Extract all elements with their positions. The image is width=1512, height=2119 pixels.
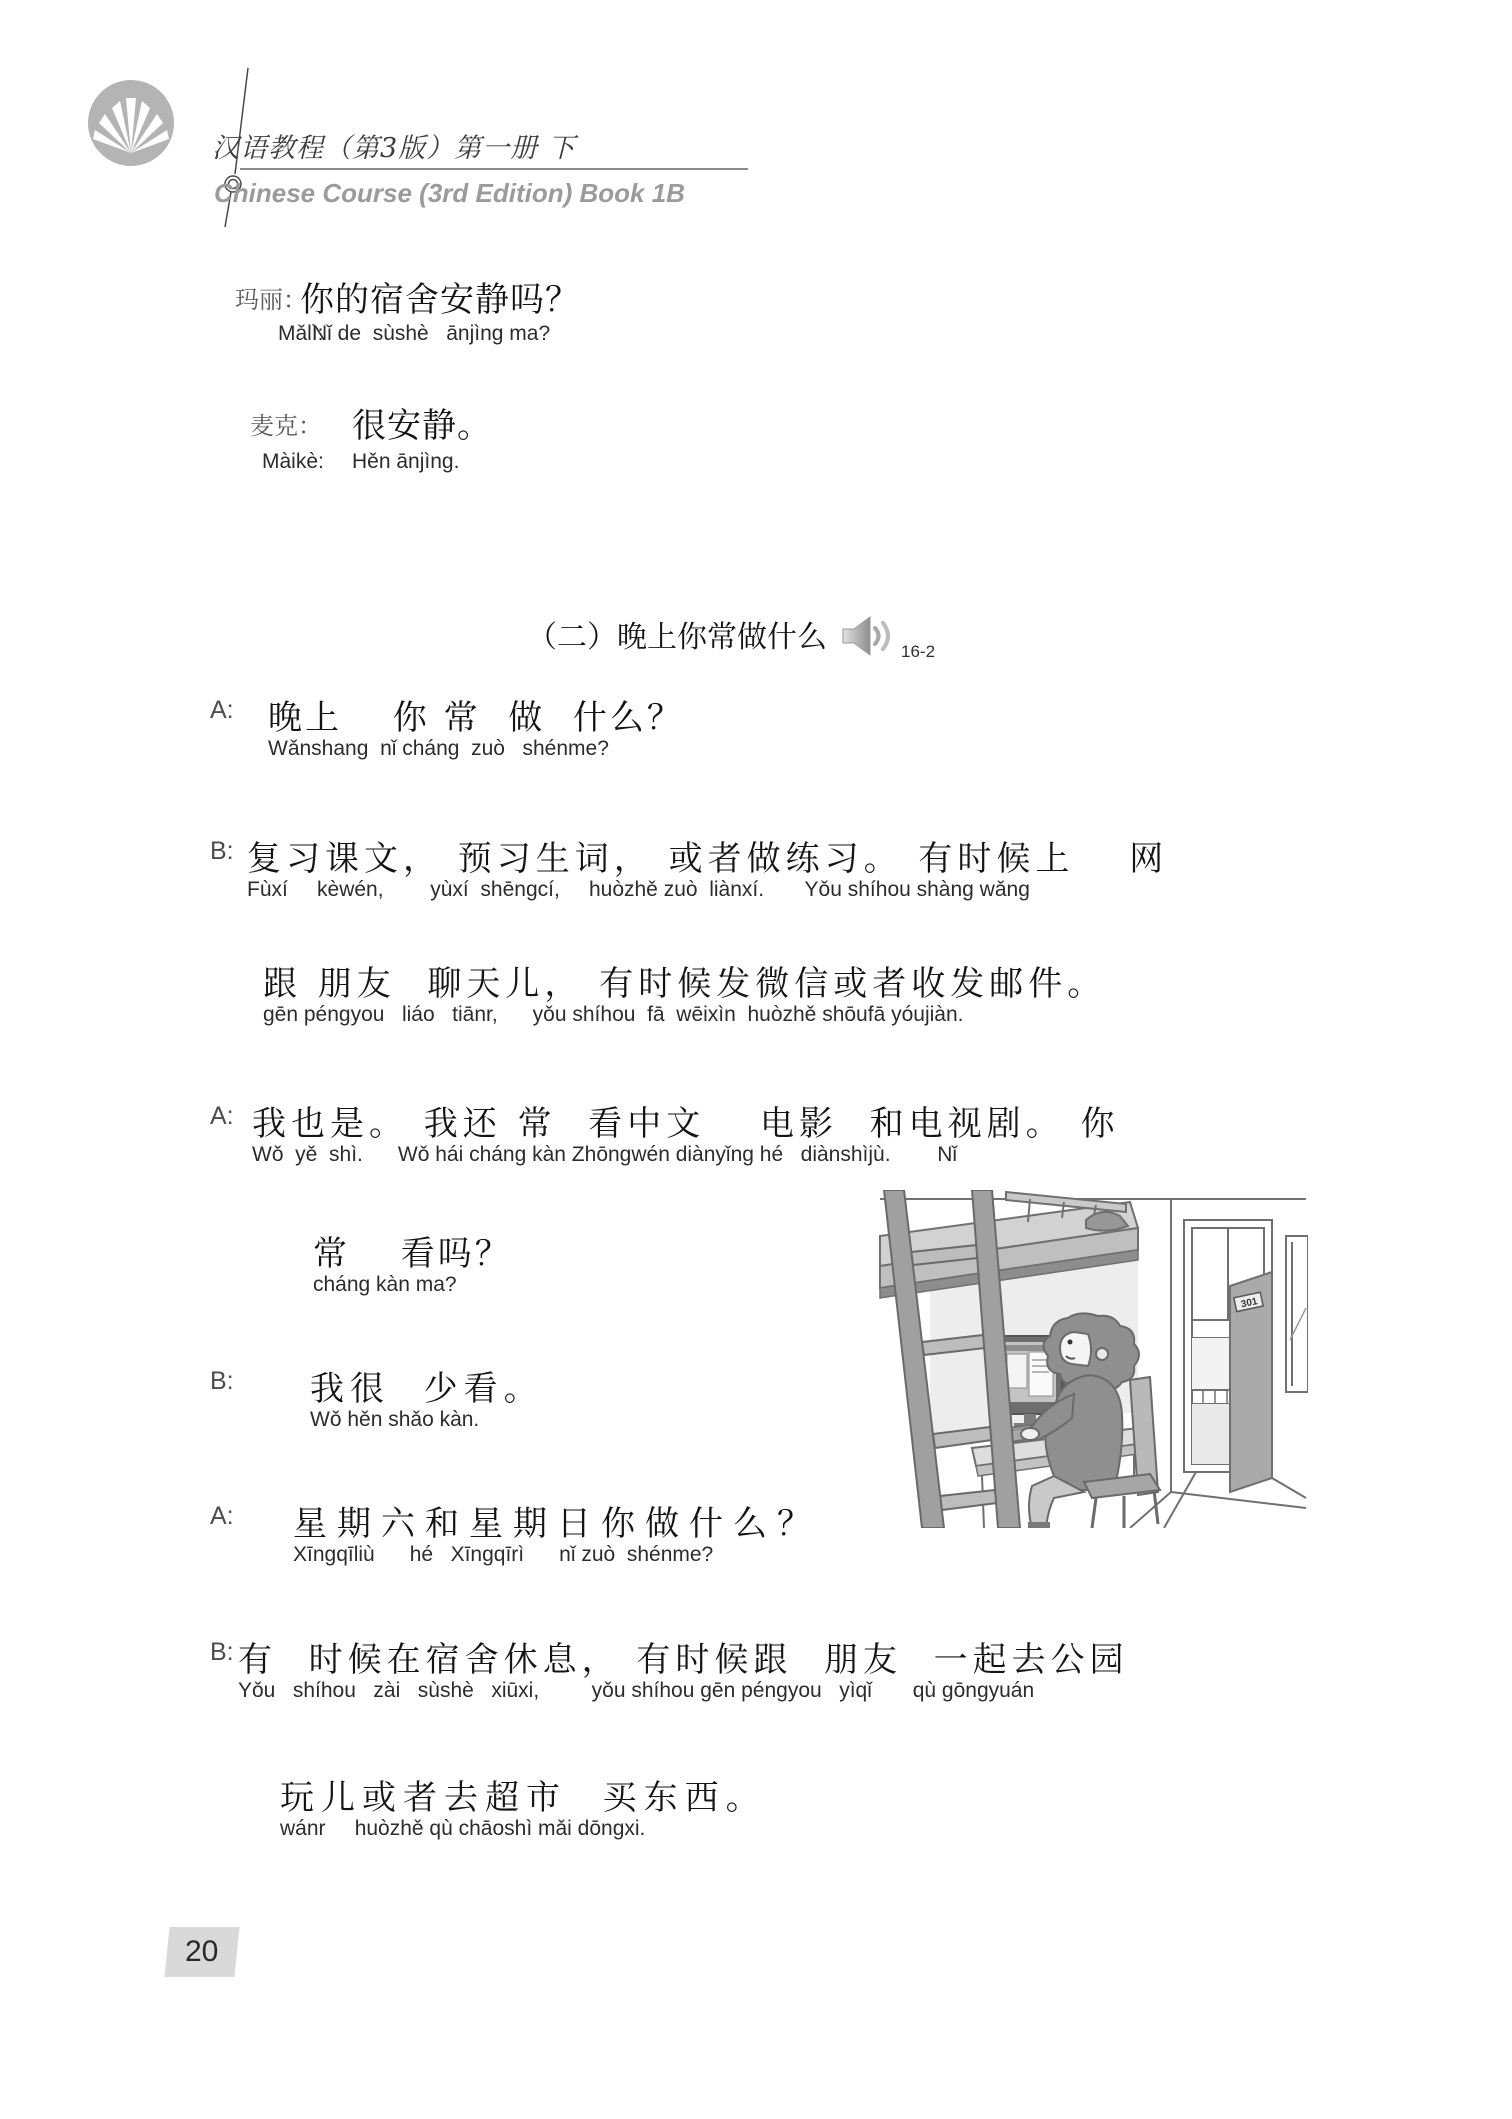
chinese-text: 我也是。 我还 常 看中文 电影 和电视剧。 你 — [252, 1096, 1119, 1145]
pinyin-text: Wǒ hěn shǎo kàn. — [310, 1408, 479, 1432]
pinyin-text: Nǐ de sùshè ānjìng ma? — [312, 322, 550, 346]
pinyin-text: Fùxí kèwén, yùxí shēngcí, huòzhě zuò lià… — [247, 878, 1030, 902]
speaker-label: B: — [210, 837, 234, 866]
pinyin-text: Hěn ānjìng. — [352, 450, 459, 474]
speaker-name-chinese: 玛丽： — [235, 280, 307, 315]
chinese-text: 跟 朋友 聊天儿， 有时候发微信或者收发邮件。 — [263, 956, 1106, 1005]
pinyin-text: Xīngqīliù hé Xīngqīrì nǐ zuò shénme? — [293, 1543, 713, 1567]
audio-track-number: 16-2 — [901, 642, 935, 662]
pinyin-text: cháng kàn ma? — [313, 1273, 457, 1297]
speaker-name-pinyin: Màikè: — [262, 450, 324, 474]
chinese-text: 星期六和星期日你做什么？ — [293, 1496, 821, 1545]
chinese-text: 有 时候在宿舍休息， 有时候跟 朋友 一起去公园 — [238, 1632, 1129, 1681]
pinyin-text: gēn péngyou liáo tiānr, yǒu shíhou fā wē… — [263, 1003, 963, 1027]
chinese-text: 我很 少看。 — [310, 1361, 544, 1410]
section-title: （二）晚上你常做什么 — [527, 612, 827, 656]
pinyin-text: Yǒu shíhou zài sùshè xiūxi, yǒu shíhou g… — [238, 1679, 1034, 1703]
speaker-label: A: — [210, 1102, 234, 1131]
speaker-label: B: — [210, 1367, 234, 1396]
page-number: 20 — [185, 1935, 218, 1969]
chinese-text: 你的宿舍安静吗？ — [300, 272, 580, 321]
dialogue-row-continuation: 玩儿或者去超市 买东西。 wánr huòzhě qù chāoshì mǎi … — [210, 1770, 1360, 1870]
chinese-text: 晚上 你 常 做 什么？ — [268, 690, 684, 739]
chinese-text: 常 看吗？ — [313, 1226, 512, 1275]
textbook-page: 汉语教程（第3版）第一册 下 Chinese Course (3rd Editi… — [0, 0, 1512, 2119]
dialogue-row-continuation: 跟 朋友 聊天儿， 有时候发微信或者收发邮件。 gēn péngyou liáo… — [210, 956, 1360, 1056]
speaker-label: A: — [210, 696, 234, 725]
book-title-chinese: 汉语教程（第3版）第一册 下 — [212, 126, 576, 165]
speaker-name-chinese: 麦克： — [250, 406, 322, 441]
dialogue-row: A: 我也是。 我还 常 看中文 电影 和电视剧。 你 Wǒ yě shì. W… — [210, 1096, 1360, 1196]
section-heading: （二）晚上你常做什么 16-2 — [527, 612, 935, 662]
speaker-label: B: — [210, 1638, 234, 1667]
pinyin-text: wánr huòzhě qù chāoshì mǎi dōngxi. — [280, 1817, 645, 1841]
dialogue-row: B: 有 时候在宿舍休息， 有时候跟 朋友 一起去公园 Yǒu shíhou z… — [210, 1632, 1360, 1732]
pinyin-text: Wǒ yě shì. Wǒ hái cháng kàn Zhōngwén dià… — [252, 1143, 957, 1167]
dorm-illustration: 301 — [878, 1190, 1308, 1528]
chinese-text: 玩儿或者去超市 买东西。 — [280, 1770, 767, 1819]
chinese-text: 很安静。 — [352, 398, 492, 447]
dialogue-row: A: 晚上 你 常 做 什么？ Wǎnshang nǐ cháng zuò sh… — [210, 690, 1360, 790]
header-rule — [240, 168, 748, 170]
dialogue-row: B: 复习课文， 预习生词， 或者做练习。 有时候上 网 Fùxí kèwén,… — [210, 831, 1360, 931]
student-at-computer-illustration: 301 — [878, 1190, 1308, 1528]
open-book-logo-icon — [86, 78, 176, 168]
chinese-text: 复习课文， 预习生词， 或者做练习。 有时候上 网 — [247, 831, 1168, 880]
speaker-label: A: — [210, 1502, 234, 1531]
book-title-english: Chinese Course (3rd Edition) Book 1B — [214, 178, 685, 209]
page-number-badge: 20 — [164, 1927, 239, 1977]
publisher-logo — [86, 78, 176, 168]
pinyin-text: Wǎnshang nǐ cháng zuò shénme? — [268, 737, 609, 761]
speaker-audio-icon — [841, 614, 893, 658]
